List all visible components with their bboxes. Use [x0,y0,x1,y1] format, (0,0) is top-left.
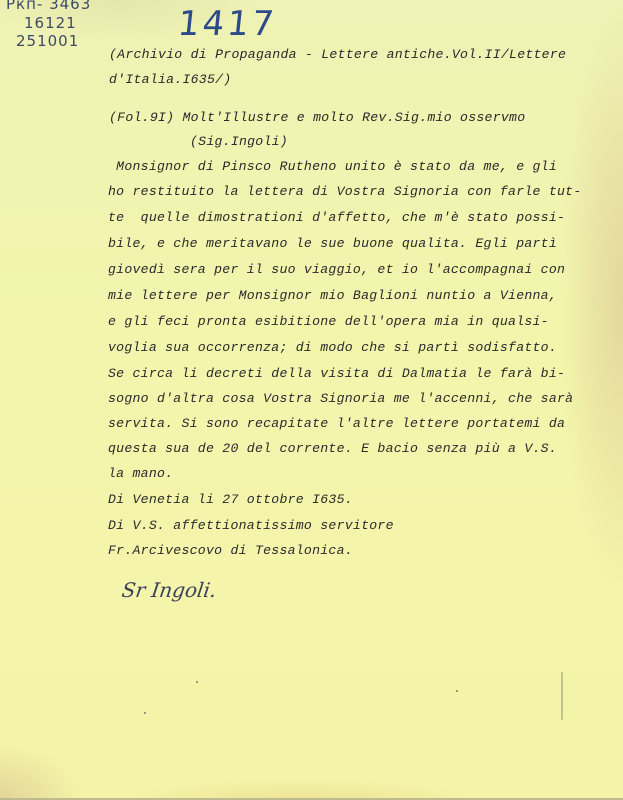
scanned-letter-page: Ркп- 3463 16121 251001 1417 (Archivio di… [0,0,623,800]
body-line: servita. Si sono recapitate l'altre lett… [108,416,565,431]
archive-reference-pencil-1: Ркп- 3463 [6,0,91,12]
body-line: la mano. [108,466,173,481]
body-line: questa sua de 20 del corrente. E bacio s… [108,441,557,456]
archive-header-line-2: d'Italia.I635/) [109,72,231,87]
salutation-line-2: (Sig.Ingoli) [190,134,288,149]
folio-number: 1417 [176,4,279,44]
scan-speck [196,681,198,683]
archive-reference-pencil-3: 251001 [16,33,79,49]
body-line: te quelle dimostrationi d'affetto, che m… [108,210,565,225]
body-line: voglia sua occorrenza; di modo che si pa… [108,340,557,355]
scan-speck [456,690,458,692]
body-line: ho restituito la lettera di Vostra Signo… [108,184,582,199]
body-line: Monsignor di Pinsco Rutheno unito è stat… [108,159,557,174]
archive-reference-pencil-2: 16121 [24,15,77,31]
place-and-date: Di Venetia li 27 ottobre I635. [108,492,353,507]
valediction: Di V.S. affettionatissimo servitore [108,518,394,533]
archive-header-line-1: (Archivio di Propaganda - Lettere antich… [109,47,566,62]
body-line: giovedì sera per il suo viaggio, et io l… [108,262,565,277]
body-line: sogno d'altra cosa Vostra Signoria me l'… [108,391,573,406]
body-line: Se circa li decreti della visita di Dalm… [108,366,565,381]
body-line: e gli feci pronta esibitione dell'opera … [108,314,549,329]
body-line: mie lettere per Monsignor mio Baglioni n… [108,288,557,303]
salutation-line-1: (Fol.9I) Molt'Illustre e molto Rev.Sig.m… [109,110,525,125]
scan-mark [561,672,563,720]
sender-signature: Fr.Arcivescovo di Tessalonica. [108,543,353,558]
body-line: bile, e che meritavano le sue buone qual… [108,236,557,251]
handwritten-recipient-note: Sr Ingoli. [120,578,218,602]
scan-speck [144,712,146,714]
